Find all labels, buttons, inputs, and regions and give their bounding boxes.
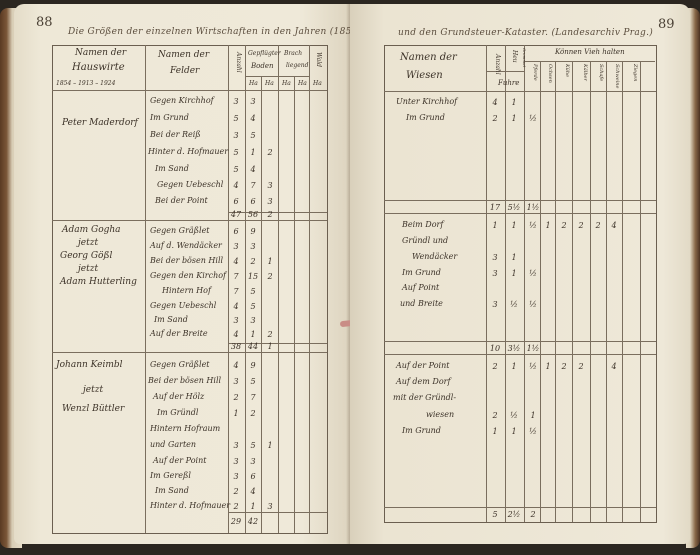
sum-grummet: 1½ <box>526 203 540 212</box>
tilled-value: 1 <box>246 502 260 511</box>
anzahl-value: 3 <box>229 131 243 140</box>
tilled-value: 9 <box>246 361 260 370</box>
sum-grummet: 2 <box>526 510 540 519</box>
header-fallow-1: Brach <box>284 50 302 57</box>
meadow-name: Auf Point <box>402 283 439 292</box>
meadow-name: Im Grund <box>406 113 445 122</box>
tilled-value: 7 <box>246 393 260 402</box>
anzahl-value: 3 <box>488 253 502 262</box>
anzahl-value: 3 <box>488 269 502 278</box>
field-name: Gegen Gräßlet <box>150 360 210 369</box>
anzahl-value: 4 <box>229 181 243 190</box>
anzahl-value: 3 <box>229 377 243 386</box>
anzahl-value: 6 <box>229 197 243 206</box>
header-tilled-1: Gepflügter <box>248 50 281 57</box>
open-ledger-book: 88 Die Größen der einzelnen Wirtschaften… <box>0 0 700 555</box>
field-name: Im Grund <box>150 113 189 122</box>
field-name: Gegen Uebeschl <box>157 180 223 189</box>
fallow-value: 2 <box>263 330 277 339</box>
fallow-value: 2 <box>263 272 277 281</box>
anzahl-value: 4 <box>229 330 243 339</box>
header-meadows-line-1: Namen der <box>400 52 457 63</box>
field-name: Im Gereßl <box>150 471 191 480</box>
sum-hay: 2½ <box>507 510 521 519</box>
owner-name: Georg Gößl <box>60 251 112 261</box>
anzahl-value: 3 <box>229 457 243 466</box>
field-name: Auf der Breite <box>150 329 208 338</box>
tilled-value: 5 <box>246 302 260 311</box>
anzahl-value: 3 <box>488 300 502 309</box>
header-livestock: Können Vieh halten <box>555 48 625 56</box>
anzahl-value: 1 <box>488 221 502 230</box>
unit-ha: Ha <box>313 80 322 87</box>
fallow-value: 1 <box>263 441 277 450</box>
header-tilled-2: Boden <box>251 62 274 70</box>
anzahl-value: 2 <box>488 411 502 420</box>
anzahl-value: 3 <box>229 472 243 481</box>
field-name: Bei der bösen Hill <box>148 376 221 385</box>
sum-fallow: 2 <box>263 210 277 219</box>
hay-value: 1 <box>507 427 521 436</box>
owner-note: jetzt <box>78 264 98 274</box>
field-name: Im Gründl <box>157 408 199 417</box>
tilled-value: 5 <box>246 287 260 296</box>
right-page-title: und den Grundsteuer-Kataster. (Landesarc… <box>398 28 653 38</box>
tilled-value: 7 <box>246 181 260 190</box>
field-name: Gegen den Kirchof <box>150 271 226 280</box>
tilled-value: 5 <box>246 377 260 386</box>
fallow-value: 1 <box>263 257 277 266</box>
meadow-name: und Breite <box>400 299 443 308</box>
field-name: Im Sand <box>155 486 189 495</box>
field-name: Hinter d. Hofmauer <box>148 147 228 156</box>
hay-value: 1 <box>507 253 521 262</box>
field-name: Auf der Point <box>153 456 206 465</box>
owner-name: Peter Maderdorf <box>62 118 138 128</box>
anzahl-value: 2 <box>488 362 502 371</box>
anzahl-value: 5 <box>229 148 243 157</box>
horses-value: 1 <box>541 221 555 230</box>
owner-name: Adam Hutterling <box>60 277 137 287</box>
anzahl-value: 5 <box>229 165 243 174</box>
sum-hay: 3½ <box>507 344 521 353</box>
anzahl-value: 7 <box>229 287 243 296</box>
tilled-value: 15 <box>246 272 260 281</box>
header-fuhre: Fuhre <box>498 79 519 87</box>
anzahl-value: 1 <box>229 409 243 418</box>
meadow-name: Im Grund <box>402 426 441 435</box>
hay-value: 1 <box>507 221 521 230</box>
tilled-value: 4 <box>246 487 260 496</box>
cows-value: 2 <box>574 362 588 371</box>
anzahl-value: 3 <box>229 97 243 106</box>
sheep-value: 4 <box>607 221 621 230</box>
anzahl-value: 2 <box>229 393 243 402</box>
anzahl-value: 2 <box>488 114 502 123</box>
meadow-name: Wendäcker <box>412 252 457 261</box>
fallow-value: 3 <box>263 502 277 511</box>
anzahl-value: 2 <box>229 487 243 496</box>
grummet-value: ½ <box>526 362 540 371</box>
meadow-name: Beim Dorf <box>402 220 443 229</box>
field-name: und Garten <box>150 440 196 449</box>
field-name: Gegen Kirchhof <box>150 96 214 105</box>
cows-value: 2 <box>574 221 588 230</box>
meadow-name: mit der Gründl- <box>393 393 456 402</box>
header-fields-line-1: Namen der <box>158 50 209 60</box>
tilled-value: 3 <box>246 457 260 466</box>
tilled-value: 1 <box>246 148 260 157</box>
anzahl-value: 6 <box>229 227 243 236</box>
sum-tilled: 56 <box>246 210 260 219</box>
tilled-value: 9 <box>246 227 260 236</box>
header-anzahl: Anzahl <box>494 54 501 75</box>
tilled-value: 5 <box>246 441 260 450</box>
hay-value: ½ <box>507 300 521 309</box>
header-schafe: Schafe <box>598 64 604 81</box>
tilled-value: 4 <box>246 165 260 174</box>
header-kaelber: Kälber <box>582 64 588 81</box>
sum-anzahl: 38 <box>229 342 243 351</box>
field-name: Hintern Hofraum <box>150 424 220 433</box>
field-name: Bei der bösen Hill <box>150 256 223 265</box>
hay-value: 1 <box>507 269 521 278</box>
unit-ha: Ha <box>265 80 274 87</box>
sheep-value: 4 <box>607 362 621 371</box>
hay-value: 1 <box>507 98 521 107</box>
grummet-value: ½ <box>526 300 540 309</box>
header-meadows-line-2: Wiesen <box>406 70 443 81</box>
meadow-name: Auf der Point <box>396 361 449 370</box>
sum-grummet: 1½ <box>526 344 540 353</box>
tilled-value: 4 <box>246 114 260 123</box>
anzahl-value: 3 <box>229 316 243 325</box>
grummet-value: ½ <box>526 269 540 278</box>
oxen-value: 2 <box>557 221 571 230</box>
owner-note: jetzt <box>83 385 103 395</box>
header-owner-line-1: Namen der <box>75 48 126 58</box>
header-pferde: Pferde <box>532 64 538 81</box>
tilled-value: 1 <box>246 330 260 339</box>
tilled-value: 2 <box>246 409 260 418</box>
hay-value: ½ <box>507 411 521 420</box>
sum-anzahl: 10 <box>488 344 502 353</box>
fallow-value: 3 <box>263 181 277 190</box>
anzahl-value: 3 <box>229 441 243 450</box>
meadow-name: wiesen <box>426 410 454 419</box>
grummet-value: 1 <box>526 411 540 420</box>
unit-ha: Ha <box>282 80 291 87</box>
meadow-name: Im Grund <box>402 268 441 277</box>
anzahl-value: 1 <box>488 427 502 436</box>
owner-note: jetzt <box>78 238 98 248</box>
owner-name: Wenzl Büttler <box>62 404 124 414</box>
field-name: Bei der Point <box>155 196 208 205</box>
field-name: Im Sand <box>154 315 188 324</box>
header-kuehe: Kühe <box>564 64 570 77</box>
owner-name: Adam Gogha <box>62 225 121 235</box>
sum-anzahl: 29 <box>229 517 243 526</box>
meadow-name: Auf dem Dorf <box>396 377 450 386</box>
anzahl-value: 4 <box>229 302 243 311</box>
header-ochsen: Ochsen <box>547 64 553 83</box>
sum-anzahl: 47 <box>229 210 243 219</box>
unit-ha: Ha <box>249 80 258 87</box>
header-fields-line-2: Felder <box>170 66 199 76</box>
anzahl-value: 5 <box>229 114 243 123</box>
sum-tilled: 44 <box>246 342 260 351</box>
grummet-value: ½ <box>526 221 540 230</box>
tilled-value: 2 <box>246 257 260 266</box>
fallow-value: 2 <box>263 148 277 157</box>
field-name: Bei der Reiß <box>150 130 201 139</box>
field-name: Auf der Hölz <box>153 392 204 401</box>
hay-value: 1 <box>507 114 521 123</box>
field-name: Hintern Hof <box>162 286 211 295</box>
meadow-name: Gründl und <box>402 236 448 245</box>
right-page-number: 89 <box>658 17 675 32</box>
sum-hay: 5½ <box>507 203 521 212</box>
left-page-number: 88 <box>36 15 53 30</box>
grummet-value: ½ <box>526 427 540 436</box>
meadow-name: Unter Kirchhof <box>396 97 457 106</box>
anzahl-value: 2 <box>229 502 243 511</box>
header-grummet: Grummet <box>522 48 527 67</box>
sum-anzahl: 5 <box>488 510 502 519</box>
header-anzahl: Anzahl <box>235 52 242 73</box>
header-schweine: Schweine <box>614 64 620 88</box>
header-forest: Wald <box>315 52 322 67</box>
tilled-value: 3 <box>246 316 260 325</box>
field-name: Gegen Uebeschl <box>150 301 216 310</box>
header-fallow-2: liegend <box>286 62 309 69</box>
horses-value: 1 <box>541 362 555 371</box>
left-page-title: Die Größen der einzelnen Wirtschaften in… <box>68 27 390 37</box>
field-name: Im Sand <box>155 164 189 173</box>
tilled-value: 5 <box>246 131 260 140</box>
anzahl-value: 3 <box>229 242 243 251</box>
sum-tilled: 42 <box>246 517 260 526</box>
tilled-value: 6 <box>246 472 260 481</box>
unit-ha: Ha <box>298 80 307 87</box>
anzahl-value: 4 <box>488 98 502 107</box>
header-ziegen: Ziegen <box>632 64 638 81</box>
oxen-value: 2 <box>557 362 571 371</box>
header-owner-years: 1854 – 1913 – 1924 <box>56 80 115 87</box>
hay-value: 1 <box>507 362 521 371</box>
anzahl-value: 4 <box>229 361 243 370</box>
field-name: Hinter d. Hofmauer <box>150 501 230 510</box>
header-owner-line-2: Hauswirte <box>72 62 125 73</box>
anzahl-value: 4 <box>229 257 243 266</box>
tilled-value: 3 <box>246 97 260 106</box>
field-name: Auf d. Wendäcker <box>150 241 222 250</box>
calves-value: 2 <box>591 221 605 230</box>
sum-fallow: 1 <box>263 342 277 351</box>
grummet-value: ½ <box>526 114 540 123</box>
field-name: Gegen Gräßlet <box>150 226 210 235</box>
tilled-value: 3 <box>246 242 260 251</box>
sum-anzahl: 17 <box>488 203 502 212</box>
fallow-value: 3 <box>263 197 277 206</box>
header-hay: Heu <box>511 50 518 63</box>
anzahl-value: 7 <box>229 272 243 281</box>
owner-name: Johann Keimbl <box>56 360 123 370</box>
tilled-value: 6 <box>246 197 260 206</box>
